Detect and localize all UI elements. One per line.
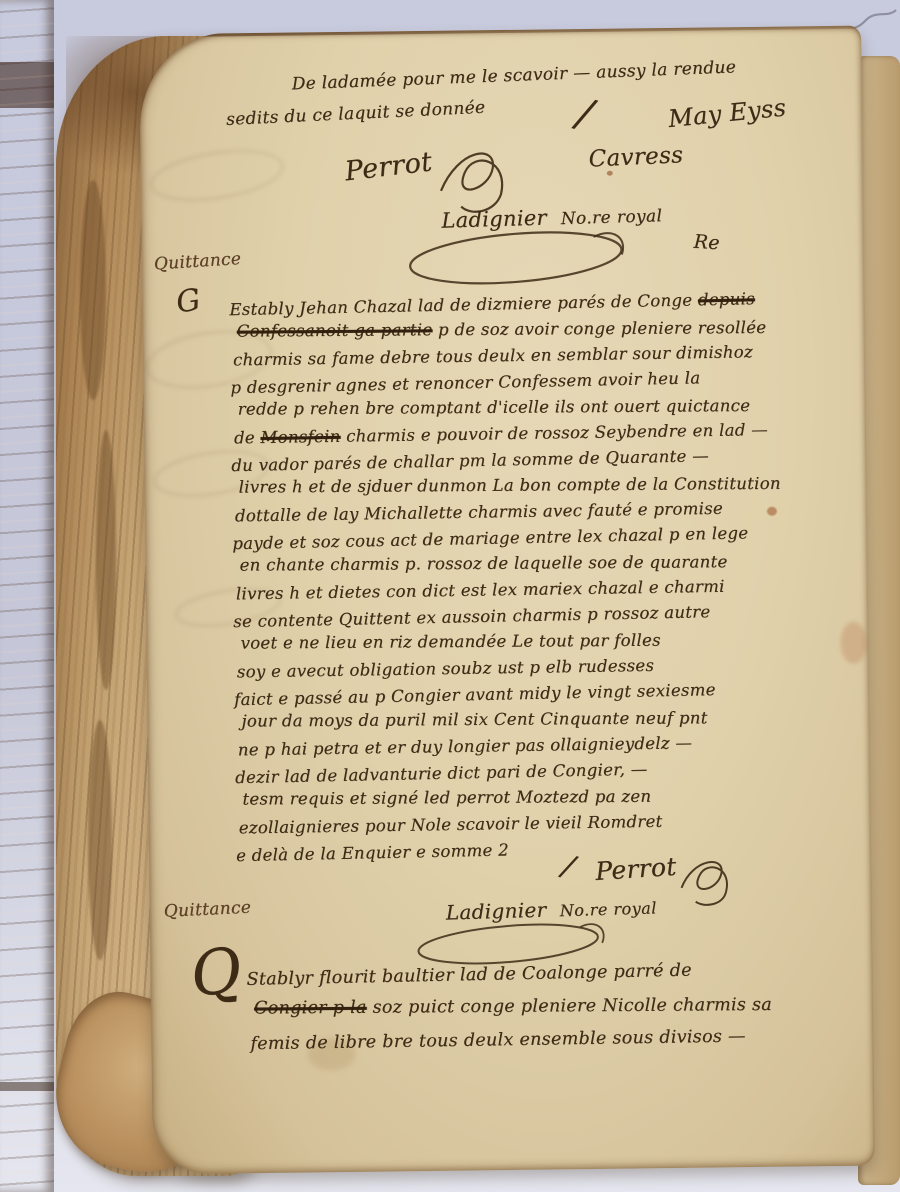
handwritten-text: ne p hai petra et er duy longier pas oll… bbox=[238, 733, 693, 759]
handwritten-text: voet e ne lieu en riz demandée Le tout p… bbox=[240, 631, 660, 653]
handwritten-text: livres h et de sjduer dunmon La bon comp… bbox=[239, 474, 781, 497]
witness-name-note: Cavress bbox=[588, 142, 684, 172]
month-note: May Eyss bbox=[667, 93, 787, 133]
handwritten-text: e delà de la Enquier e somme 2 bbox=[236, 840, 509, 865]
handwritten-text: soy e avecut obligation soubz ust p elb … bbox=[237, 656, 655, 682]
header-annotation-line-1: De ladamée pour me le scavoir — aussy la… bbox=[291, 57, 736, 94]
margin-note-quittance-1: Quittance bbox=[153, 249, 241, 275]
manuscript-page: De ladamée pour me le scavoir — aussy la… bbox=[139, 26, 875, 1175]
stack-edge-streak bbox=[96, 430, 116, 690]
struck-through-text: depuis bbox=[698, 289, 755, 309]
handwritten-text: tesm requis et signé led perrot Moztezd … bbox=[242, 787, 651, 809]
handwritten-text: soz puict conge pleniere Nicolle charmis… bbox=[367, 995, 772, 1018]
struck-through-text: Monsfein bbox=[260, 427, 340, 447]
closing-signature-paraph bbox=[673, 849, 740, 910]
wood-grain-texture bbox=[0, 0, 54, 1192]
act-1-text-block: Estably Jehan Chazal lad de dizmiere par… bbox=[229, 289, 875, 869]
closing-signature-perrot: Perrot bbox=[594, 852, 677, 886]
manuscript-photo: De ladamée pour me le scavoir — aussy la… bbox=[0, 0, 900, 1192]
struck-through-text: Confessanoit ga partie bbox=[237, 320, 433, 340]
separator-slash-mark: / bbox=[573, 90, 597, 138]
ink-bleedthrough-mark bbox=[146, 142, 288, 210]
handwritten-text: en chante charmis p. rossoz de laquelle … bbox=[240, 552, 728, 574]
header-annotation-line-2: sedits du ce laquit se donnée bbox=[226, 98, 486, 130]
paragraph-mark-1: G bbox=[174, 282, 203, 320]
margin-note-quittance-2: Quittance bbox=[163, 898, 251, 922]
handwritten-text: p de soz avoir conge pleniere resollée bbox=[432, 318, 766, 339]
handwritten-text: Estably Jehan Chazal lad de dizmiere par… bbox=[229, 290, 698, 319]
closing-notary-oval-flourish bbox=[412, 917, 613, 969]
handwritten-text: Stablyr flourit baultier lad de Coalonge… bbox=[246, 961, 692, 990]
struck-through-text: Congier p la bbox=[254, 998, 367, 1019]
act-2-text-block: Stablyr flourit baultier lad de Coalonge… bbox=[246, 960, 857, 1066]
handwritten-text: de bbox=[234, 428, 261, 447]
paragraph-mark-2: Q bbox=[186, 933, 245, 1011]
signature-perrot: Perrot bbox=[343, 146, 434, 187]
manuscript-text-line: femis de libre bre tous deulx ensemble s… bbox=[250, 1025, 857, 1068]
handwritten-text: jour da moys da puril mil six Cent Cinqu… bbox=[241, 708, 707, 730]
notary-oval-flourish bbox=[403, 224, 634, 289]
stack-edge-streak bbox=[80, 180, 106, 400]
handwritten-text: redde p rehen bre comptant d'icelle ils … bbox=[238, 396, 751, 419]
handwritten-text: ezollaignieres pour Nole scavoir le viei… bbox=[239, 812, 663, 838]
stack-edge-streak bbox=[88, 720, 112, 960]
notary-paraph-note: Re bbox=[693, 231, 720, 254]
